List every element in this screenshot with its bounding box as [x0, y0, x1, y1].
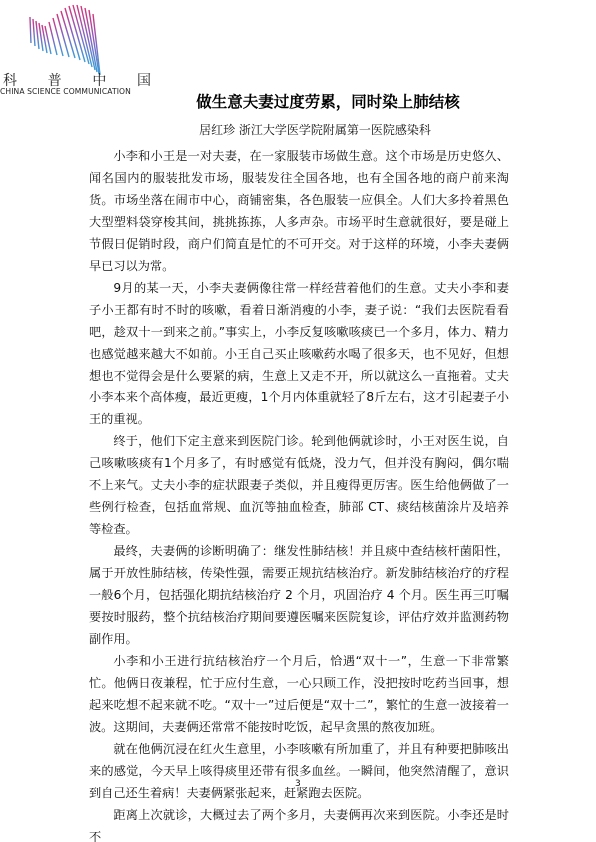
paragraph: 小李和小王进行抗结核治疗一个月后，恰遇“双十一”，生意一下非常繁忙。他俩日夜兼程… — [89, 651, 509, 739]
article-title: 做生意夫妻过度劳累，同时染上肺结核 — [0, 90, 596, 112]
logo-char: 国 — [136, 70, 152, 90]
paragraph: 终于，他们下定主意来到医院门诊。轮到他俩就诊时，小王对医生说，自己咳嗽咳痰有1个… — [89, 431, 509, 541]
article-body: 小李和小王是一对夫妻，在一家服装市场做生意。这个市场是历史悠久、闻名国内的服装批… — [89, 146, 509, 842]
article-author: 居红珍 浙江大学医学院附属第一医院感染科 — [0, 121, 596, 138]
paragraph: 小李和小王是一对夫妻，在一家服装市场做生意。这个市场是历史悠久、闻名国内的服装批… — [89, 146, 509, 278]
page-number: 3 — [295, 779, 301, 789]
china-science-communication-logo: 科 普 中 国 CHINA SCIENCE COMMUNICATION — [0, 0, 150, 100]
paragraph: 就在他俩沉浸在红火生意里，小李咳嗽有所加重了，并且有种要把肺咳出来的感觉，今天早… — [89, 739, 509, 805]
wave-emblem-icon — [0, 0, 150, 75]
paragraph: 距离上次就诊，大概过去了两个多月，夫妻俩再次来到医院。小李还是时不 — [89, 805, 509, 842]
paragraph: 9月的某一天，小李夫妻俩像往常一样经营着他们的生意。丈夫小李和妻子小王都有时不时… — [89, 278, 509, 432]
paragraph: 最终，夫妻俩的诊断明确了：继发性肺结核！并且痰中查结核杆菌阳性，属于开放性肺结核… — [89, 541, 509, 651]
